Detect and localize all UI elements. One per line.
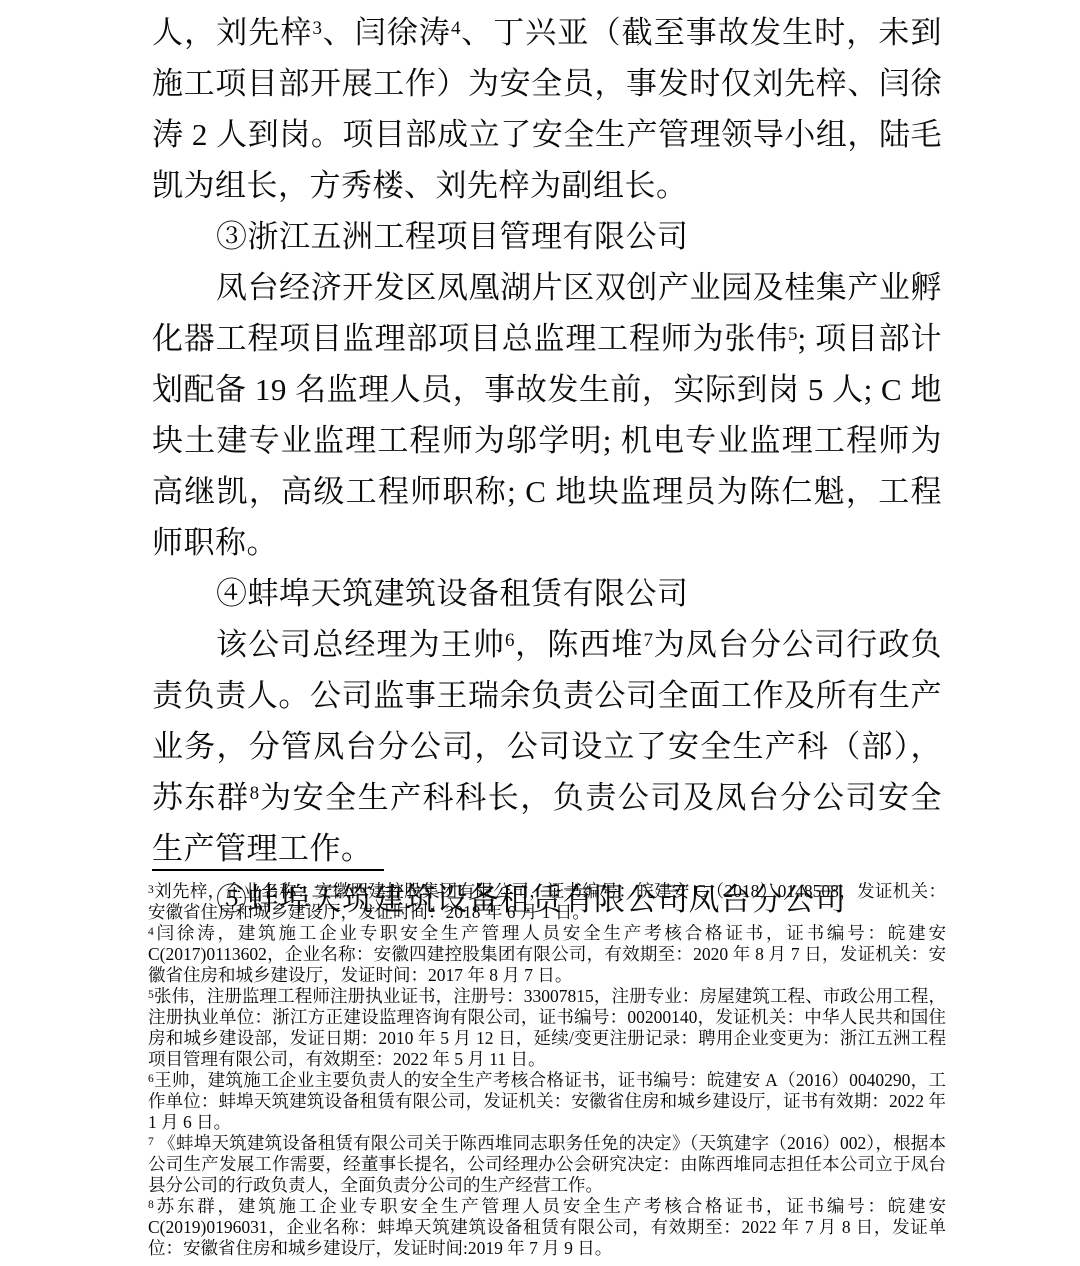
document-page: 人，刘先梓3、闫徐涛4、丁兴亚（截至事故发生时，未到施工项目部开展工作）为安全员…: [0, 0, 1080, 1266]
footnotes-section: 3刘先梓，企业名称：安徽四建控股集团有限公司，证书编号：皖建安 C（2018）0…: [148, 881, 946, 1259]
body-paragraph: ③浙江五洲工程项目管理有限公司: [152, 211, 942, 262]
footnote-reference: 7: [644, 630, 654, 651]
body-paragraph: 人，刘先梓3、闫徐涛4、丁兴亚（截至事故发生时，未到施工项目部开展工作）为安全员…: [152, 7, 942, 211]
footnote-separator: [152, 869, 384, 871]
footnote-number: 7: [148, 1136, 154, 1148]
footnote-number: 3: [148, 884, 154, 896]
footnote-reference: 6: [505, 630, 515, 651]
footnote-item: 7 《蚌埠天筑建筑设备租赁有限公司关于陈西堆同志职务任免的决定》（天筑建字（20…: [148, 1133, 946, 1196]
body-paragraph: 凤台经济开发区凤凰湖片区双创产业园及桂集产业孵化器工程项目监理部项目总监理工程师…: [152, 262, 942, 568]
document-body: 人，刘先梓3、闫徐涛4、丁兴亚（截至事故发生时，未到施工项目部开展工作）为安全员…: [152, 7, 942, 925]
footnote-number: 6: [148, 1073, 154, 1085]
footnote-item: 4闫徐涛，建筑施工企业专职安全生产管理人员安全生产考核合格证书，证书编号：皖建安…: [148, 923, 946, 986]
footnote-reference: 4: [451, 18, 461, 39]
footnote-number: 8: [148, 1199, 154, 1211]
body-paragraph: 该公司总经理为王帅6，陈西堆7为凤台分公司行政负责负责人。公司监事王瑞余负责公司…: [152, 619, 942, 874]
footnote-reference: 3: [313, 18, 323, 39]
footnote-number: 5: [148, 989, 154, 1001]
footnote-item: 3刘先梓，企业名称：安徽四建控股集团有限公司，证书编号：皖建安 C（2018）0…: [148, 881, 946, 923]
footnote-item: 6王帅，建筑施工企业主要负责人的安全生产考核合格证书，证书编号：皖建安 A（20…: [148, 1070, 946, 1133]
footnote-reference: 5: [788, 324, 798, 345]
footnote-item: 8苏东群，建筑施工企业专职安全生产管理人员安全生产考核合格证书，证书编号：皖建安…: [148, 1196, 946, 1259]
footnote-item: 5张伟，注册监理工程师注册执业证书，注册号：33007815，注册专业：房屋建筑…: [148, 986, 946, 1070]
footnote-number: 4: [148, 926, 154, 938]
footnote-reference: 8: [250, 783, 260, 804]
body-paragraph: ④蚌埠天筑建筑设备租赁有限公司: [152, 568, 942, 619]
